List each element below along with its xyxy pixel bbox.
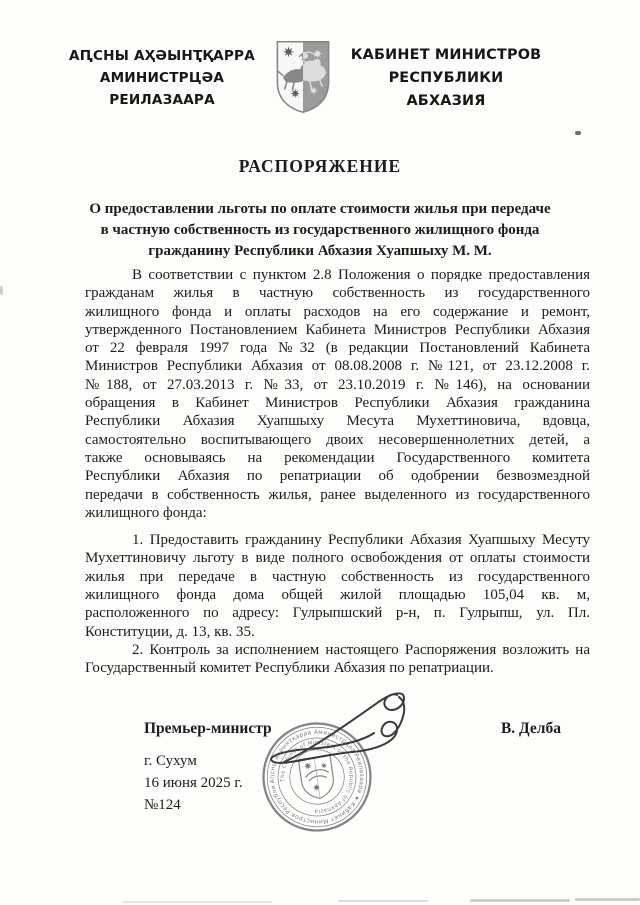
body-line: 1. Предоставить гражданину Республики Аб…: [85, 531, 590, 549]
body-line: №188, от 27.03.2013 г. №33, от 23.10.201…: [85, 376, 590, 394]
body-line: жилья при передаче в частную собственнос…: [85, 568, 590, 586]
body-line: утвержденного Постановлением Кабинета Ми…: [85, 321, 590, 339]
body-line: жилищного фонда:: [85, 504, 590, 522]
decree-document-page: АԤСНЫ АҲӘЫНҬҚАРРА АМИНИСТРЦӘА РЕИЛАЗААРА: [0, 0, 640, 905]
doc-subject-line: гражданину Республики Абхазия Хуапшыху М…: [70, 241, 570, 262]
signatory-name: В. Делба: [501, 720, 561, 738]
scan-artifact: [338, 900, 428, 902]
body-line: жилищного фонда дома общей жилой площадь…: [85, 586, 590, 604]
decree-body: В соответствии с пунктом 2.8 Положения о…: [85, 266, 590, 678]
body-line: жилищного фонда и оплаты расходов на его…: [85, 303, 590, 321]
doc-subject-line: О предоставлении льготы по оплате стоимо…: [70, 199, 570, 220]
issue-date: 16 июня 2025 г.: [144, 775, 243, 792]
body-line: самостоятельно воспитывающего двоих несо…: [85, 431, 590, 449]
body-line: Республики Абхазия по репатриации об одо…: [85, 467, 590, 485]
body-line: Государственный комитет Республики Абхаз…: [85, 659, 590, 677]
org-name-abkhaz: АԤСНЫ АҲӘЫНҬҚАРРА АМИНИСТРЦӘА РЕИЛАЗААРА: [52, 45, 272, 111]
issue-place: г. Сухум: [144, 753, 197, 770]
doc-subject-line: в частную собственность из государственн…: [70, 220, 570, 241]
scan-artifact: [470, 899, 570, 902]
doc-subject: О предоставлении льготы по оплате стоимо…: [70, 199, 570, 262]
body-line: Министров Республики Абхазия от 08.08.20…: [85, 357, 590, 375]
body-line: 2. Контроль за исполнением настоящего Ра…: [85, 641, 590, 659]
body-line: обращения в Кабинет Министров Республики…: [85, 394, 590, 412]
scan-artifact: [575, 898, 640, 901]
body-line: Конституции, д. 13, кв. 35.: [85, 623, 590, 641]
body-line: гражданам жилья в частную собственность …: [85, 284, 590, 302]
signature-scribble: [256, 686, 418, 780]
decree-number: №124: [144, 797, 181, 814]
body-line: от 22 февраля 1997 года №32 (в редакции …: [85, 339, 590, 357]
body-line: В соответствии с пунктом 2.8 Положения о…: [85, 266, 590, 284]
org-name-russian: КАБИНЕТ МИНИСТРОВ РЕСПУБЛИКИ АБХАЗИЯ: [348, 44, 544, 113]
body-line: Республики Абхазия Хуапшыху Месута Мухет…: [85, 412, 590, 430]
doc-type-title: РАСПОРЯЖЕНИЕ: [0, 156, 640, 177]
scan-artifact: [575, 131, 581, 135]
org-name-abkhaz-line1: АԤСНЫ АҲӘЫНҬҚАРРА: [52, 45, 272, 67]
body-line: расположенного по адресу: Гулрыпшский р-…: [85, 604, 590, 622]
org-name-russian-line2: РЕСПУБЛИКИ АБХАЗИЯ: [348, 67, 544, 113]
scan-artifact: [0, 286, 3, 295]
scan-artifact: [122, 901, 272, 903]
coat-of-arms-icon: [274, 38, 332, 116]
body-line: Мухеттиновичу льготу в виде полного осво…: [85, 549, 590, 567]
body-line: передачи в собственность жилья, ранее вы…: [85, 486, 590, 504]
org-name-russian-line1: КАБИНЕТ МИНИСТРОВ: [348, 44, 544, 67]
org-name-abkhaz-line2: АМИНИСТРЦӘА РЕИЛАЗААРА: [52, 67, 272, 111]
body-line: также основываясь на рекомендации Госуда…: [85, 449, 590, 467]
